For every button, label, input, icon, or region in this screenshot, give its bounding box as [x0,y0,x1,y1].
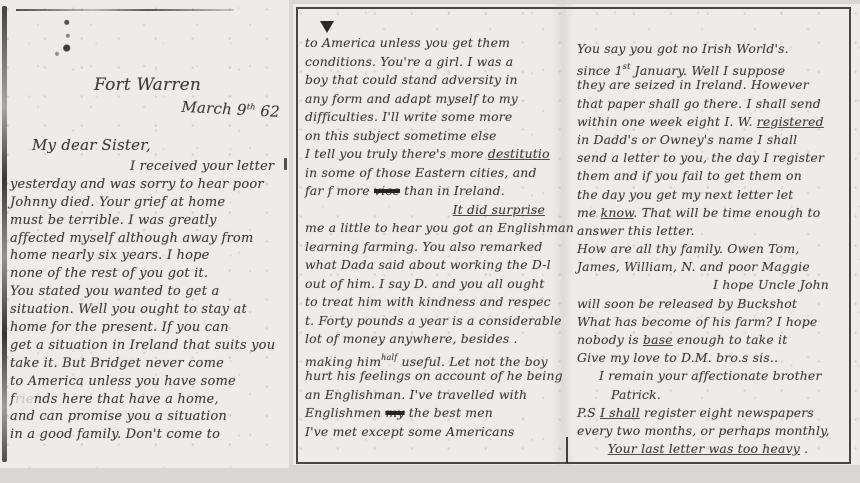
letter-line: in some of those Eastern cities, and [305,164,555,183]
letter-line: to America unless you get them [305,34,555,53]
letter-line: must be terrible. I was greatly [10,212,282,230]
letter-line: since 1st January. Well I suppose [577,58,839,76]
letter-line: them and if you fail to get them on [577,167,839,185]
letter-line: What has become of his farm? I hope [577,313,839,331]
letter-line: Your last letter was too heavy . [577,440,839,458]
letter-line: in a good family. Don't come to [10,426,282,444]
letter-line: and can promise you a situation [10,408,282,426]
letter-line: t. Forty pounds a year is a considerable [305,312,555,331]
fold-crease-line [566,437,568,463]
letter-line: Johnny died. Your grief at home [10,194,282,212]
page-top-edge [16,9,234,11]
letter-line: will soon be released by Buckshot [577,295,839,313]
letter-line: get a situation in Ireland that suits yo… [10,337,282,355]
letter-line: P.S I shall register eight newspapers [577,404,839,422]
letter-line: difficulties. I'll write some more [305,108,555,127]
letter-line: friends here that have a home, [10,391,282,409]
letter-line: yesterday and was sorry to hear poor [10,176,282,194]
letter-line: James, William, N. and poor Maggie [577,258,839,276]
letter-line: an Englishman. I've travelled with [305,386,555,405]
letter-line: me know. That will be time enough to [577,204,839,222]
letter-line: conditions. You're a girl. I was a [305,53,555,72]
letter-line: in Dadd's or Owney's name I shall [577,131,839,149]
letter-line: send a letter to you, the day I register [577,149,839,167]
letter-line: to treat him with kindness and respec [305,293,555,312]
letter-line: Englishmen my the best men [305,404,555,423]
letter-line: any form and adapt myself to my [305,90,555,109]
letter-line: take it. But Bridget never come [10,355,282,373]
letter-line: they are seized in Ireland. However [577,76,839,94]
letter-line: far f more vice than in Ireland. [305,182,555,201]
letter-line: You stated you wanted to get a [10,283,282,301]
letter-sheet-right: to America unless you get themconditions… [293,4,860,465]
letter-page-left: Fort WarrenMarch 9th 62My dear Sister,I … [0,0,289,468]
letter-line: nobody is base enough to take it [577,331,839,349]
letter-line: out of him. I say D. and you all ought [305,275,555,294]
letter-line: boy that could stand adversity in [305,71,555,90]
letter-line: It did surprise [305,201,555,220]
letter-line: hurt his feelings on account of he being [305,367,555,386]
letter-line: situation. Well you ought to stay at [10,301,282,319]
letter-line: within one week eight I. W. registered [577,113,839,131]
scanned-letter: Fort WarrenMarch 9th 62My dear Sister,I … [0,0,860,483]
letter-line: home for the present. If you can [10,319,282,337]
ink-blot [320,21,334,33]
letter-line: I remain your affectionate brother [577,367,839,385]
letter-line: learning farming. You also remarked [305,238,555,257]
letter-line: You say you got no Irish World's. [577,40,839,58]
letter-line: on this subject sometime else [305,127,555,146]
page-torn-edge [2,6,7,462]
letter-line: Patrick. [577,386,839,404]
letter-line: home nearly six years. I hope [10,247,282,265]
letter-line: Give my love to D.M. bro.s sis.. [577,349,839,367]
letter-line: making himhalf useful. Let not the boy [305,349,555,368]
ink-smudge [45,15,86,64]
letter-column-1: Fort WarrenMarch 9th 62My dear Sister,I … [10,74,282,444]
letter-line: that paper shall go there. I shall send [577,95,839,113]
letter-line: the day you get my next letter let [577,186,839,204]
letter-line: I tell you truly there's more destitutio [305,145,555,164]
letter-line: what Dada said about working the D-l [305,256,555,275]
letter-column-2: to America unless you get themconditions… [305,34,555,441]
margin-ink-mark [284,158,287,170]
letter-line: every two months, or perhaps monthly, [577,422,839,440]
letter-column-3: You say you got no Irish World's.since 1… [577,40,839,458]
letter-line: to America unless you have some [10,373,282,391]
letter-line: lot of money anywhere, besides . [305,330,555,349]
letter-line: affected myself although away from [10,230,282,248]
letter-line: none of the rest of you got it. [10,265,282,283]
letter-line: How are all thy family. Owen Tom, [577,240,839,258]
letter-line: I've met except some Americans [305,423,555,442]
letter-line: answer this letter. [577,222,839,240]
letter-line: My dear Sister, [10,128,282,158]
letter-line: I hope Uncle John [577,276,839,294]
letter-line: me a little to hear you got an Englishma… [305,219,555,238]
letter-line: I received your letter [10,158,282,176]
